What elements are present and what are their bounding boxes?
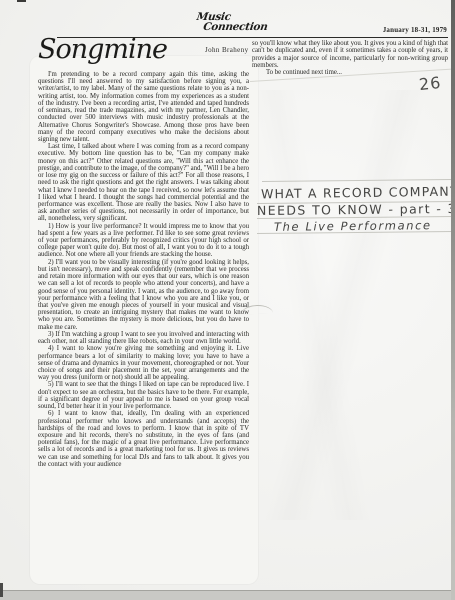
paragraph-item-4: 4) I want to know you're giving me somet… — [38, 345, 249, 381]
masthead-word-connection: Connection — [203, 22, 269, 32]
scan-right-edge — [451, 0, 455, 600]
paragraph-intro: I'm pretending to be a record company ag… — [38, 71, 249, 143]
handwritten-note-line-2: NEEDS TO KNOW - part - 3 — [257, 201, 455, 218]
paragraph-continuation: so you'll know what they like about you.… — [252, 40, 448, 69]
paper-crease — [241, 90, 451, 520]
paragraph-item-5: 5) I'll want to see that the things I li… — [38, 381, 249, 410]
handwritten-note-line-3: The Live Performance — [274, 218, 432, 234]
paragraph-last-time: Last time, I talked about where I was co… — [38, 143, 249, 222]
magazine-masthead-logo: Music Connection — [195, 12, 270, 32]
paragraph-item-1: 1) How is your live performance? It woul… — [38, 223, 249, 259]
handwritten-note-line-1: WHAT A RECORD COMPANY — [261, 184, 455, 202]
article-left-column: I'm pretending to be a record company ag… — [38, 71, 249, 468]
paragraph-item-3: 3) If I'm watching a group I want to see… — [38, 331, 249, 345]
handwritten-page-number: 26 — [418, 73, 442, 94]
byline: John Braheny — [205, 46, 249, 54]
scan-edge-mark-top — [17, 0, 26, 2]
scanned-page: Music Connection January 18-31, 1979 Son… — [0, 0, 455, 591]
paragraph-item-2: 2) I'll want you to be visually interest… — [38, 259, 249, 331]
scan-edge-mark-left — [0, 583, 3, 597]
paragraph-item-6: 6) I want to know that, ideally, I'm dea… — [38, 410, 249, 468]
pencil-rule-line — [262, 179, 452, 182]
column-title: Songmine — [38, 34, 167, 65]
issue-date: January 18-31, 1979 — [383, 26, 447, 34]
